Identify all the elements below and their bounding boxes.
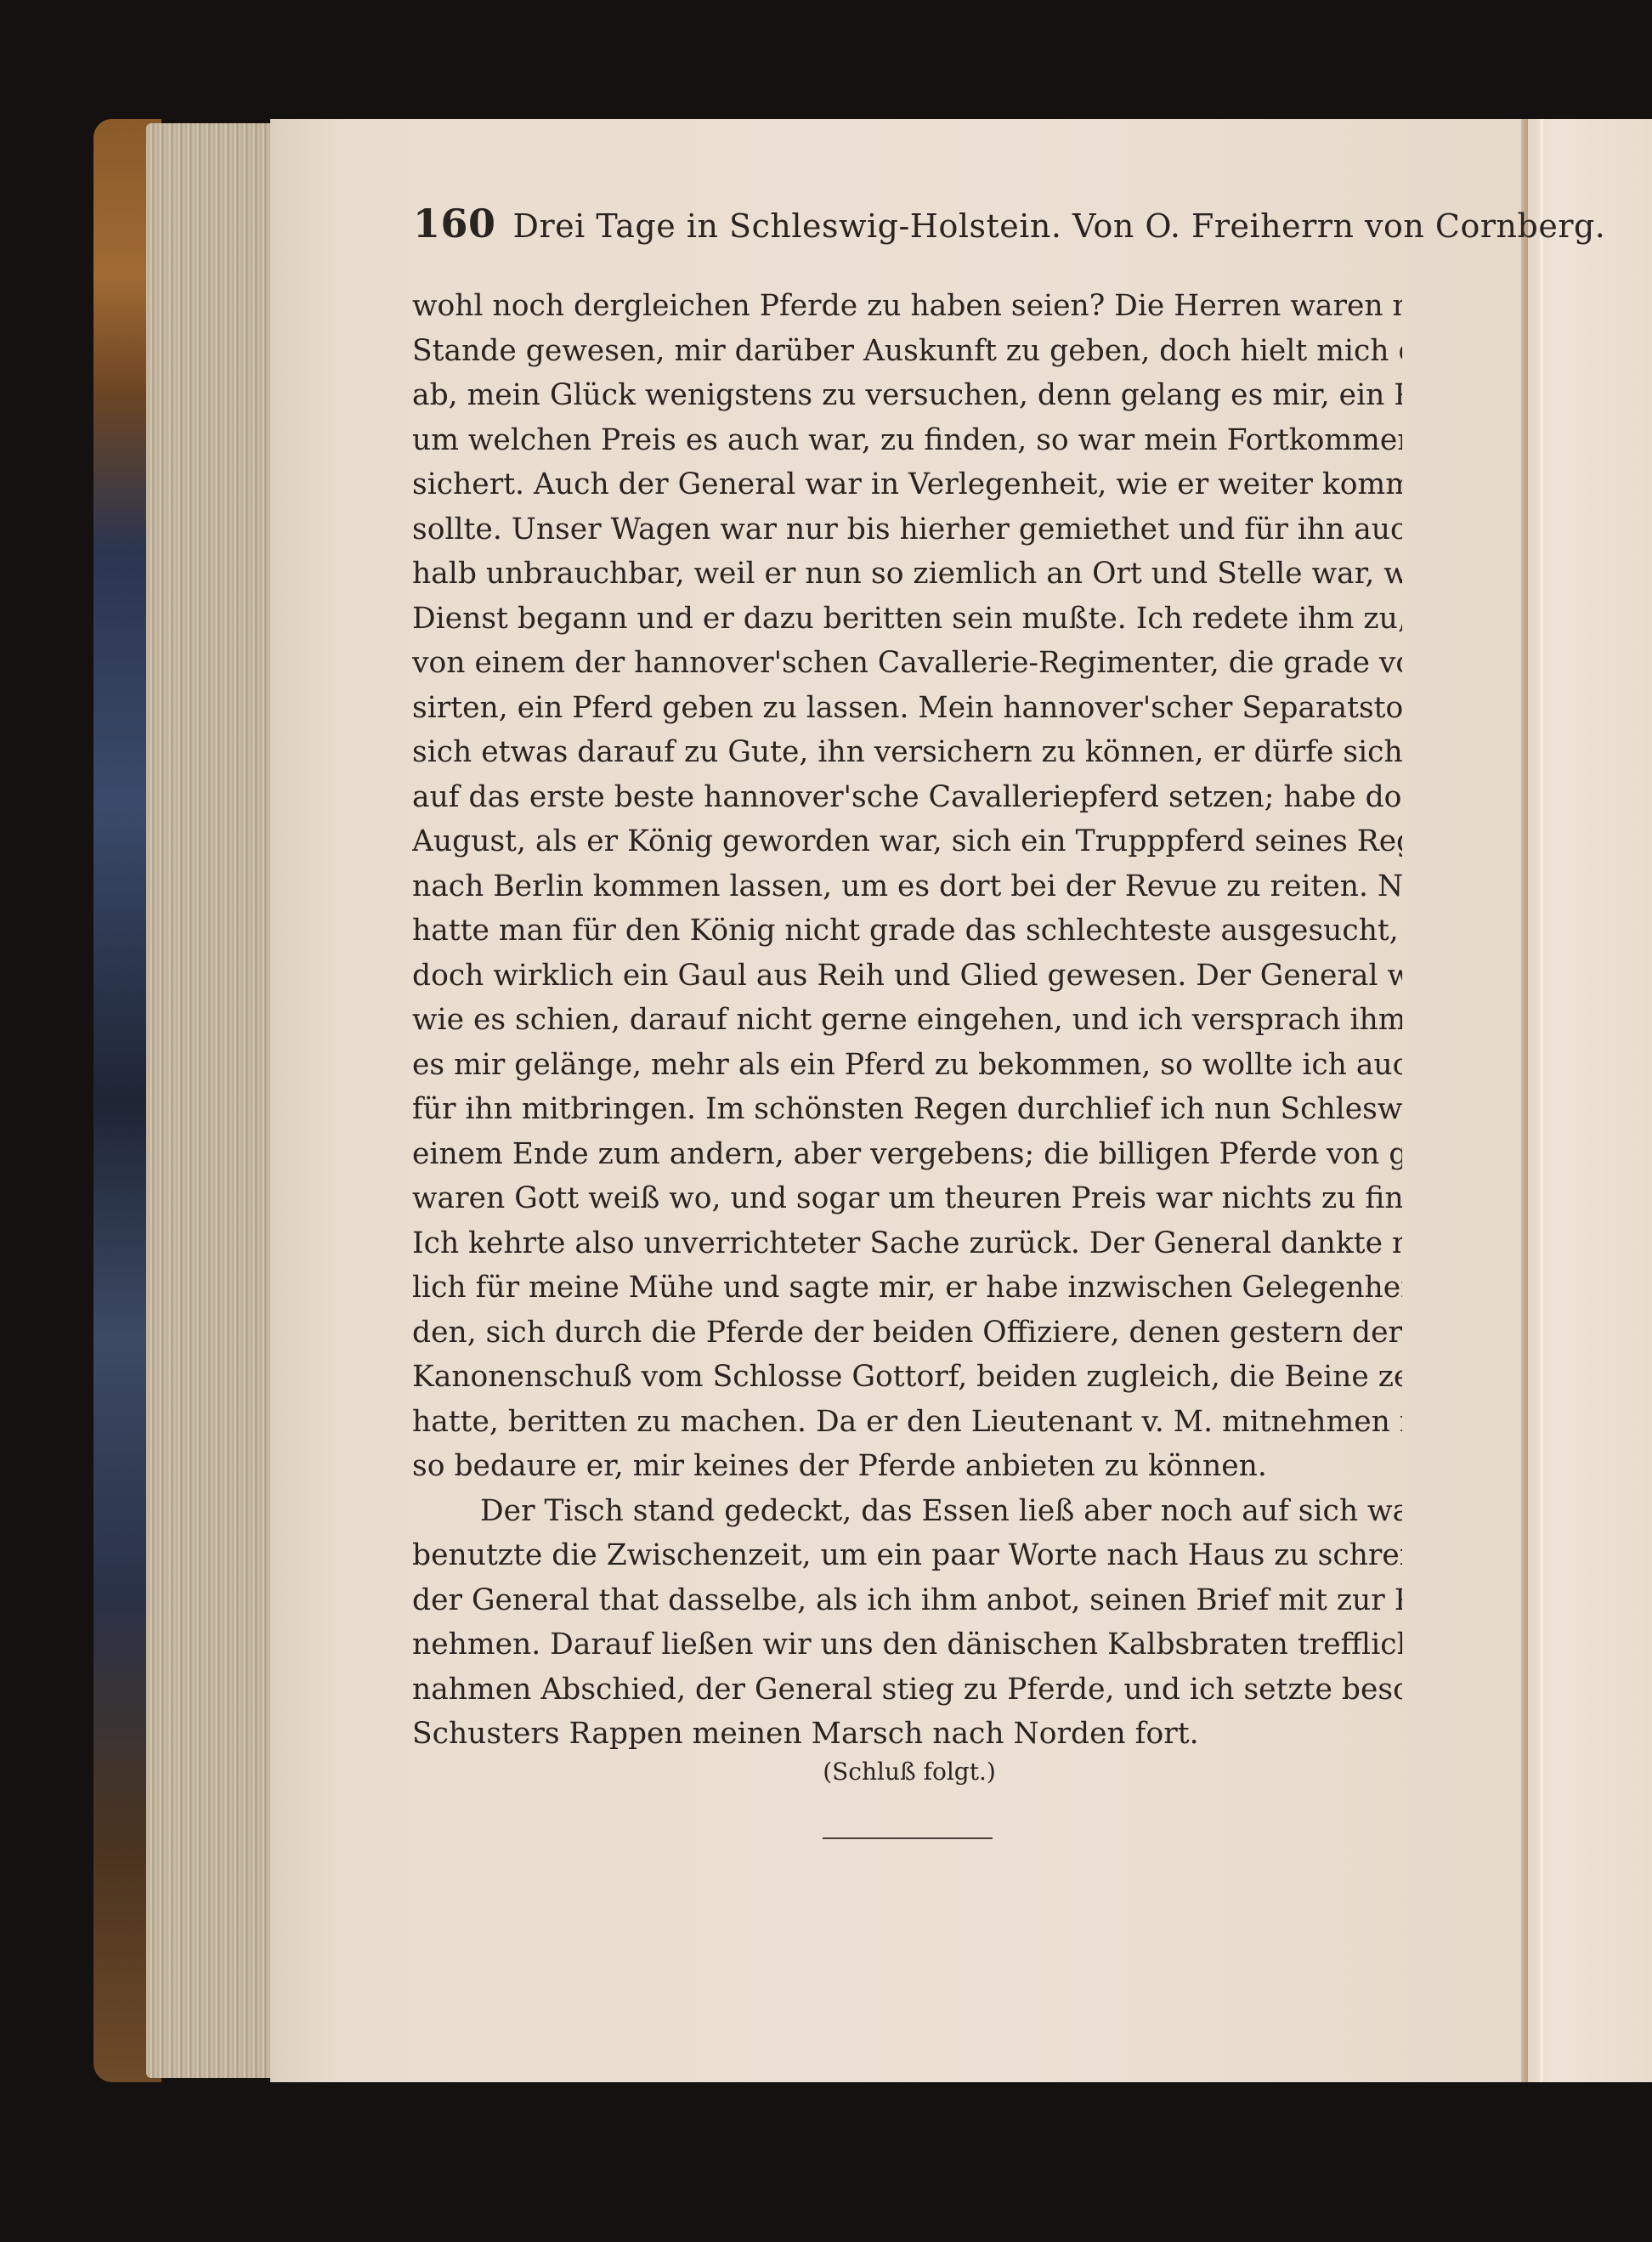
- text-line: August, als er König geworden war, sich …: [412, 819, 1402, 864]
- text-line: Kanonenschuß vom Schlosse Gottorf, beide…: [412, 1355, 1402, 1400]
- page-number: 160: [413, 201, 496, 246]
- text-line: nahmen Abschied, der General stieg zu Pf…: [412, 1667, 1402, 1713]
- text-line: wie es schien, darauf nicht gerne eingeh…: [412, 998, 1402, 1043]
- facing-page-fold: [1540, 119, 1543, 2082]
- facing-page-edge: [1528, 119, 1652, 2082]
- text-line: auf das erste beste hannover'sche Cavall…: [412, 775, 1402, 820]
- running-title: Drei Tage in Schleswig-Holstein. Von O. …: [513, 207, 1606, 245]
- text-line: sichert. Auch der General war in Verlege…: [412, 462, 1402, 507]
- text-line: nach Berlin kommen lassen, um es dort be…: [412, 864, 1402, 909]
- text-line: einem Ende zum andern, aber vergebens; d…: [412, 1132, 1402, 1177]
- text-line: Der Tisch stand gedeckt, das Essen ließ …: [412, 1489, 1402, 1534]
- text-line: so bedaure er, mir keines der Pferde anb…: [412, 1444, 1402, 1489]
- text-line: Schusters Rappen meinen Marsch nach Nord…: [412, 1712, 1402, 1757]
- page-edges: [146, 123, 272, 2078]
- running-head: 160 Drei Tage in Schleswig-Holstein. Von…: [413, 201, 1348, 246]
- text-line: von einem der hannover'schen Cavallerie-…: [412, 641, 1402, 686]
- end-rule-divider: [823, 1837, 993, 1839]
- text-line: benutzte die Zwischenzeit, um ein paar W…: [412, 1533, 1402, 1578]
- text-line: sirten, ein Pferd geben zu lassen. Mein …: [412, 686, 1402, 731]
- gutter-shadow: [1521, 119, 1528, 2082]
- text-line: der General that dasselbe, als ich ihm a…: [412, 1578, 1402, 1623]
- text-line: Ich kehrte also unverrichteter Sache zur…: [412, 1221, 1402, 1266]
- text-line: wohl noch dergleichen Pferde zu haben se…: [412, 284, 1402, 329]
- text-line: nehmen. Darauf ließen wir uns den dänisc…: [412, 1622, 1402, 1667]
- text-line: waren Gott weiß wo, und sogar um theuren…: [412, 1176, 1402, 1221]
- text-line: ab, mein Glück wenigstens zu versuchen, …: [412, 373, 1402, 418]
- text-line: hatte, beritten zu machen. Da er den Lie…: [412, 1400, 1402, 1445]
- text-line: um welchen Preis es auch war, zu finden,…: [412, 418, 1402, 463]
- continuation-note: (Schluß folgt.): [399, 1758, 1419, 1786]
- body-text: wohl noch dergleichen Pferde zu haben se…: [412, 284, 1402, 1757]
- paragraph-1: wohl noch dergleichen Pferde zu haben se…: [412, 284, 1402, 1489]
- text-line: doch wirklich ein Gaul aus Reih und Glie…: [412, 954, 1402, 999]
- text-line: Stande gewesen, mir darüber Auskunft zu …: [412, 329, 1402, 374]
- text-line: es mir gelänge, mehr als ein Pferd zu be…: [412, 1043, 1402, 1088]
- text-line: lich für meine Mühe und sagte mir, er ha…: [412, 1265, 1402, 1311]
- text-line: Dienst begann und er dazu beritten sein …: [412, 597, 1402, 642]
- text-line: den, sich durch die Pferde der beiden Of…: [412, 1311, 1402, 1356]
- paragraph-2: Der Tisch stand gedeckt, das Essen ließ …: [412, 1489, 1402, 1757]
- text-line: halb unbrauchbar, weil er nun so ziemlic…: [412, 552, 1402, 597]
- text-line: sollte. Unser Wagen war nur bis hierher …: [412, 507, 1402, 552]
- text-line: für ihn mitbringen. Im schönsten Regen d…: [412, 1087, 1402, 1132]
- text-line: sich etwas darauf zu Gute, ihn versicher…: [412, 730, 1402, 775]
- text-line: hatte man für den König nicht grade das …: [412, 909, 1402, 954]
